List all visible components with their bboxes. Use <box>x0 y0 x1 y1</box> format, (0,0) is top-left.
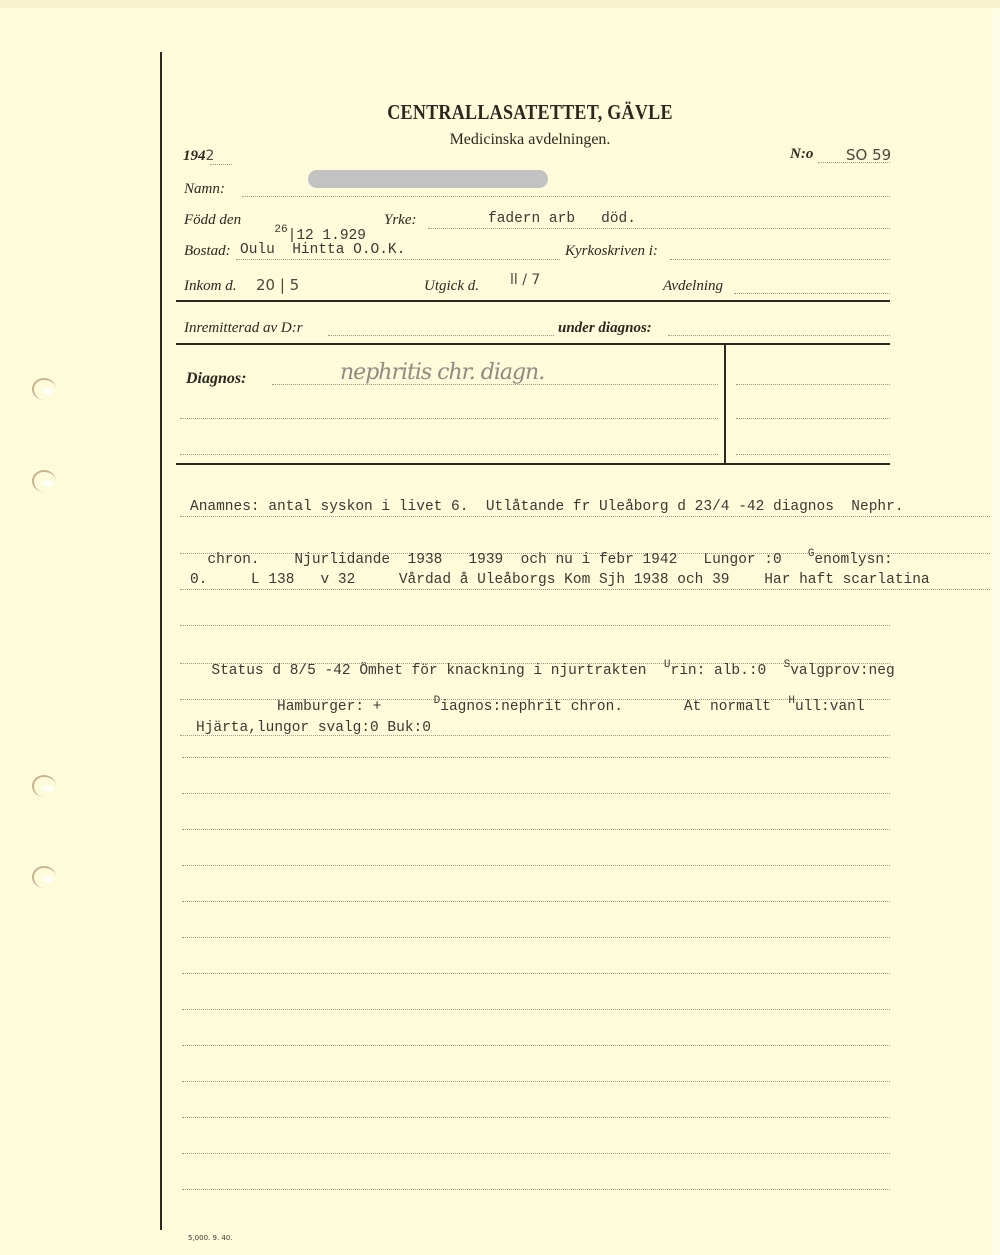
empty-line-dots <box>182 901 890 902</box>
diagnos-side-dots-3 <box>736 454 890 455</box>
hospital-title: CENTRALLASATETTET, GÄVLE <box>212 100 848 125</box>
department-subtitle: Medicinska avdelningen. <box>160 131 900 149</box>
diagnos-side-dots-2 <box>736 418 890 419</box>
section-rule <box>176 343 890 345</box>
empty-line-dots <box>182 829 890 830</box>
left-margin-rule <box>160 52 162 1230</box>
inkom-value: 20 | 5 <box>256 276 299 294</box>
note-line-hjarta: Hjärta,lungor svalg:0 Buk:0 <box>196 720 431 736</box>
yrke-value: fadern arb död. <box>488 211 636 227</box>
page-top-edge <box>0 0 1000 8</box>
inkom-label: Inkom d. <box>184 278 237 295</box>
avdelning-dots <box>734 293 890 294</box>
note-text-tail: iagnos:nephrit chron. At normalt <box>440 699 788 715</box>
fodd-value: 26|12 1.929 <box>257 212 366 244</box>
empty-line-dots <box>182 1117 890 1118</box>
kyrkoskriven-dots <box>670 259 890 260</box>
note-line-chron: chron. Njurlidande 1938 1939 och nu i fe… <box>190 536 893 568</box>
note-line-anamnes: Anamnes: antal syskon i livet 6. Utlåtan… <box>190 499 904 515</box>
diagnos-label: Diagnos: <box>186 370 246 388</box>
number-value: SO 59 <box>846 146 891 164</box>
yrke-label: Yrke: <box>384 212 417 229</box>
empty-line-dots <box>182 865 890 866</box>
section-rule <box>176 300 890 302</box>
empty-line-dots <box>182 1009 890 1010</box>
note-text-tail: valgprov:neg <box>790 663 894 679</box>
utgick-label: Utgick d. <box>424 278 479 295</box>
note-superscript: S <box>784 659 791 671</box>
section-rule <box>176 463 890 465</box>
empty-line-dots <box>182 1189 890 1190</box>
note-text: Status d 8/5 -42 Ömhet för knackning i n… <box>211 663 663 679</box>
note-superscript: G <box>808 548 815 560</box>
empty-line-dots <box>182 937 890 938</box>
empty-line-dots <box>182 1081 890 1082</box>
bostad-label: Bostad: <box>184 243 231 260</box>
punch-hole-icon <box>32 866 56 888</box>
empty-line-dots <box>182 1045 890 1046</box>
namn-label: Namn: <box>184 181 225 198</box>
note-superscript: H <box>788 695 795 707</box>
namn-dots <box>242 196 890 197</box>
note-text: chron. Njurlidande 1938 1939 och nu i fe… <box>207 552 807 568</box>
yrke-dots <box>428 228 890 229</box>
diagnos-dots-3 <box>180 454 718 455</box>
print-code: 5,000. 9. 40. <box>188 1234 233 1242</box>
note-line-status: Status d 8/5 -42 Ömhet för knackning i n… <box>194 647 895 679</box>
inremitterad-label: Inremitterad av D:r <box>184 320 303 337</box>
punch-hole-icon <box>32 378 56 400</box>
note-text-tail: ull:vanl <box>795 699 865 715</box>
inremitterad-dots <box>328 335 554 336</box>
empty-line-dots <box>182 757 890 758</box>
number-label: N:o <box>790 146 813 163</box>
note-text: Hamburger: + <box>207 699 433 715</box>
avdelning-label: Avdelning <box>663 278 723 295</box>
redacted-name <box>308 170 548 188</box>
diagnos-side-dots-1 <box>736 384 890 385</box>
fodd-day: 26 <box>274 224 287 236</box>
bostad-dots <box>236 259 560 260</box>
punch-hole-icon <box>32 470 56 492</box>
note-superscript: U <box>664 659 671 671</box>
note-superscript: D <box>434 695 441 707</box>
note-line-vardad: 0. L 138 v 32 Vårdad å Uleåborgs Kom Sjh… <box>190 572 930 588</box>
note-line-dots <box>180 625 890 626</box>
empty-line-dots <box>182 973 890 974</box>
empty-line-dots <box>182 1153 890 1154</box>
page-right-edge <box>992 8 1000 1255</box>
year-dots <box>210 164 232 165</box>
diagnos-dots-2 <box>180 418 718 419</box>
punch-hole-icon <box>32 775 56 797</box>
year-field: 1942 <box>183 148 214 165</box>
note-line-dots <box>180 589 990 590</box>
bostad-value: Oulu Hintta O.O.K. <box>240 242 405 258</box>
diagnos-handwritten-value: nephritis chr. diagn. <box>340 360 544 385</box>
year-value: 2 <box>206 148 215 164</box>
empty-line-dots <box>182 793 890 794</box>
note-line-dots <box>180 516 990 517</box>
kyrkoskriven-label: Kyrkoskriven i: <box>565 243 658 260</box>
note-text-tail: enomlysn: <box>814 552 892 568</box>
diagnos-box-divider <box>724 345 726 463</box>
fodd-label: Född den <box>184 212 241 229</box>
under-diagnos-dots <box>668 335 890 336</box>
utgick-value: ll / 7 <box>510 272 540 288</box>
note-text-tail: rin: alb.:0 <box>671 663 784 679</box>
note-line-hamburger: Hamburger: + Diagnos:nephrit chron. At n… <box>190 683 865 715</box>
under-diagnos-label: under diagnos: <box>558 320 652 337</box>
year-label: 194 <box>183 148 206 164</box>
